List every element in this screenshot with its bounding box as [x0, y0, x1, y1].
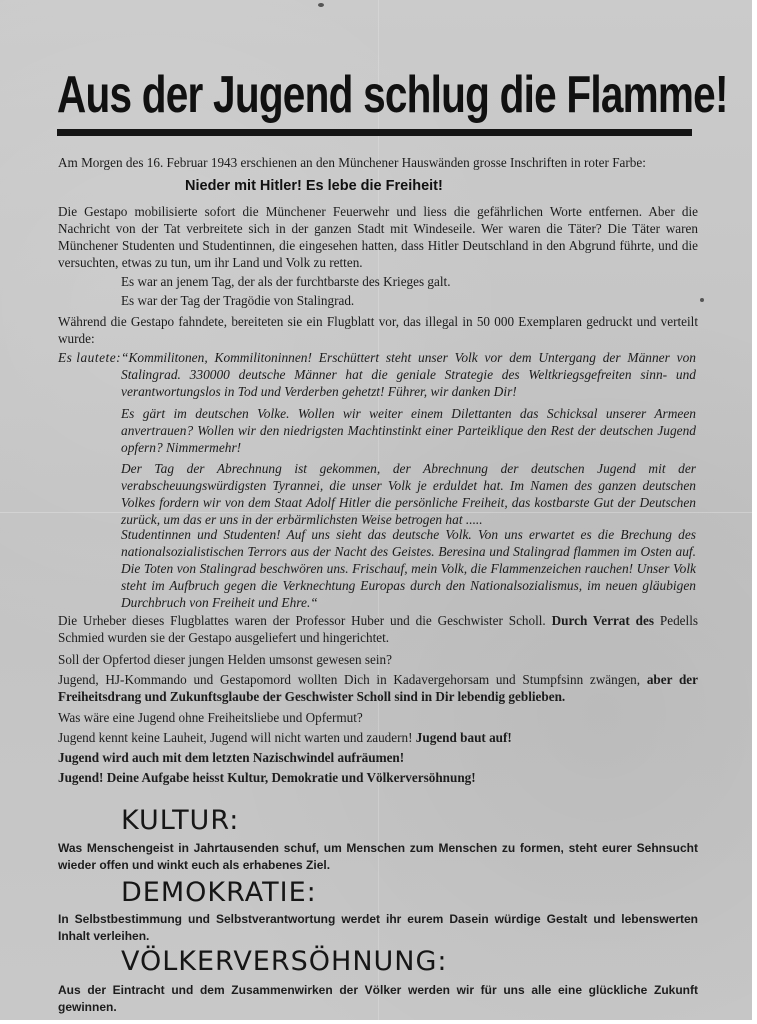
question-freiheitsliebe: Was wäre eine Jugend ohne Freiheitsliebe… — [58, 709, 698, 726]
stalingrad-line-2: Es war der Tag der Tragödie von Stalingr… — [121, 292, 681, 309]
heading-demokratie: DEMOKRATIE: — [121, 878, 317, 908]
leaflet-title: Aus der Jugend schlug die Flamme! — [57, 66, 556, 124]
line-aufgabe: Jugend! Deine Aufgabe heisst Kultur, Dem… — [58, 769, 698, 786]
lauheit-text: Jugend kennt keine Lauheit, Jugend will … — [58, 730, 413, 745]
intro-text: Am Morgen des 16. Februar 1943 erschiene… — [58, 154, 698, 171]
quote-paragraph: Studentinnen und Studenten! Auf uns sieh… — [121, 526, 696, 611]
paragraph-gestapo: Die Gestapo mobilisierte sofort die Münc… — [58, 203, 698, 271]
urheber-bold-text: Durch Verrat des — [552, 613, 654, 628]
jugend-text: Jugend, HJ-Kommando und Gestapomord woll… — [58, 672, 640, 687]
paragraph-flugblatt: Während die Gestapo fahndete, bereiteten… — [58, 313, 698, 347]
heading-kultur: KULTUR: — [121, 806, 239, 836]
paper-blemish — [700, 298, 704, 302]
leaflet-page: Aus der Jugend schlug die Flamme! Am Mor… — [0, 0, 752, 1020]
quote-paragraph: “Kommilitonen, Kommilitoninnen! Erschütt… — [121, 349, 696, 400]
line-nazischwindel: Jugend wird auch mit dem letzten Nazisch… — [58, 749, 698, 766]
paper-blemish — [318, 3, 324, 7]
quote-label: Es lautete: — [58, 349, 128, 366]
line-lauheit: Jugend kennt keine Lauheit, Jugend will … — [58, 729, 698, 746]
heading-voelkerversoehnung: VÖLKERVERSÖHNUNG: — [121, 947, 448, 977]
paragraph-urheber: Die Urheber dieses Flugblattes waren der… — [58, 612, 698, 646]
urheber-text: Die Urheber dieses Flugblattes waren der… — [58, 613, 546, 628]
question-opfertod: Soll der Opfertod dieser jungen Helden u… — [58, 651, 698, 668]
slogan: Nieder mit Hitler! Es lebe die Freiheit! — [185, 178, 443, 194]
stalingrad-line-1: Es war an jenem Tag, der als der furchtb… — [121, 273, 681, 290]
section-text-demokratie: In Selbstbestimmung und Selbstverantwort… — [58, 911, 698, 945]
paragraph-jugend: Jugend, HJ-Kommando und Gestapomord woll… — [58, 671, 698, 705]
title-underline — [57, 129, 692, 136]
section-text-kultur: Was Menschengeist in Jahrtausenden schuf… — [58, 840, 698, 874]
lauheit-bold-text: Jugend baut auf! — [416, 730, 512, 745]
quote-paragraph: Es gärt im deutschen Volke. Wollen wir w… — [121, 405, 696, 456]
quote-paragraph: Der Tag der Abrechnung ist gekommen, der… — [121, 460, 696, 528]
section-text-voelkerversoehnung: Aus der Eintracht und dem Zusammenwirken… — [58, 982, 698, 1016]
